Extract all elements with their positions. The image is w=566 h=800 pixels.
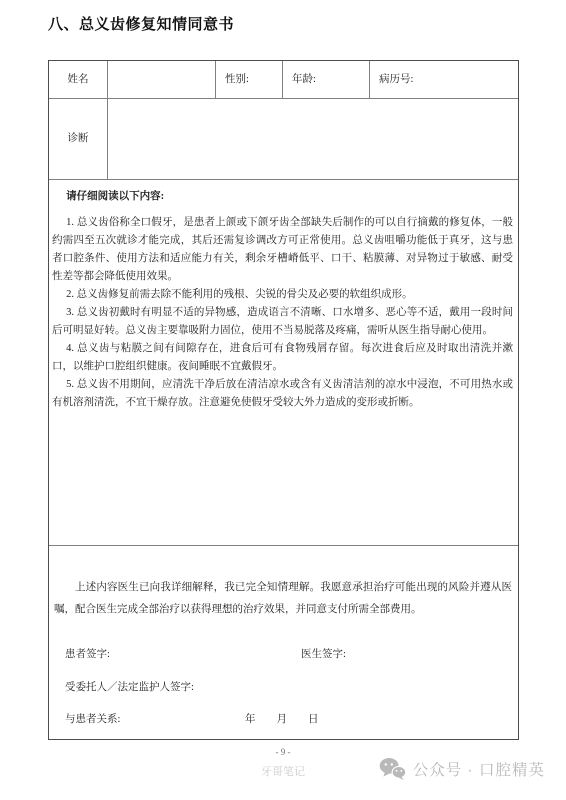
content-item-5: 5. 总义齿不用期间，应清洗干净后放在清洁凉水或含有义齿清洁剂的凉水中浸泡，不可… xyxy=(52,376,513,412)
signature-cell: 上述内容医生已向我详细解释，我已完全知情理解。我愿意承担治疗可能出现的风险并遵从… xyxy=(49,546,518,739)
wechat-icon xyxy=(379,757,406,780)
date-line: 年 月 日 xyxy=(245,711,319,729)
page-number: - 9 - xyxy=(0,747,566,757)
patient-info-row: 姓名 性别: 年龄: 病历号: xyxy=(49,61,518,99)
doctor-signature-label: 医生签字: xyxy=(301,646,346,664)
footer-brand-text: 公众号 · 口腔精英 xyxy=(413,758,545,780)
record-number-label: 病历号: xyxy=(370,61,518,98)
content-item-3: 3. 总义齿初戴时有明显不适的异物感，造成语言不清晰、口水增多、恶心等不适，戴用… xyxy=(52,304,513,340)
content-item-4: 4. 总义齿与粘膜之间有间隙存在，进食后可有食物残屑存留。每次进食后应及时取出清… xyxy=(52,340,513,376)
gender-label: 性别: xyxy=(216,61,283,98)
content-item-1: 1. 总义齿俗称全口假牙，是患者上颌或下颌牙齿全部缺失后制作的可以自行摘戴的修复… xyxy=(52,214,513,286)
guardian-signature-label: 受委托人／法定监护人签字: xyxy=(65,679,194,697)
patient-relationship-label: 与患者关系: xyxy=(65,711,120,729)
consent-form-page: 八、总义齿修复知情同意书 姓名 性别: 年龄: 病历号: 诊断 请仔细阅读以下内… xyxy=(0,0,566,800)
consent-statement: 上述内容医生已向我详细解释，我已完全知情理解。我愿意承担治疗可能出现的风险并遵从… xyxy=(54,577,512,621)
consent-form-table: 姓名 性别: 年龄: 病历号: 诊断 请仔细阅读以下内容: 1. 总义齿俗称全口… xyxy=(48,60,519,740)
footer-brand: 公众号 · 口腔精英 xyxy=(379,757,545,780)
diagnosis-value-cell xyxy=(108,99,518,179)
diagnosis-label: 诊断 xyxy=(49,99,108,179)
name-label: 姓名 xyxy=(49,61,108,98)
patient-signature-label: 患者签字: xyxy=(65,646,110,664)
age-label: 年龄: xyxy=(283,61,370,98)
content-cell: 请仔细阅读以下内容: 1. 总义齿俗称全口假牙，是患者上颌或下颌牙齿全部缺失后制… xyxy=(49,180,518,545)
content-row: 请仔细阅读以下内容: 1. 总义齿俗称全口假牙，是患者上颌或下颌牙齿全部缺失后制… xyxy=(49,180,518,546)
notice-heading: 请仔细阅读以下内容: xyxy=(52,188,513,206)
signature-row: 上述内容医生已向我详细解释，我已完全知情理解。我愿意承担治疗可能出现的风险并遵从… xyxy=(49,546,518,739)
content-item-2: 2. 总义齿修复前需去除不能利用的残根、尖锐的骨尖及必要的软组织成形。 xyxy=(52,286,513,304)
page-title: 八、总义齿修复知情同意书 xyxy=(48,13,234,34)
diagnosis-row: 诊断 xyxy=(49,99,518,180)
name-value-cell xyxy=(108,61,216,98)
